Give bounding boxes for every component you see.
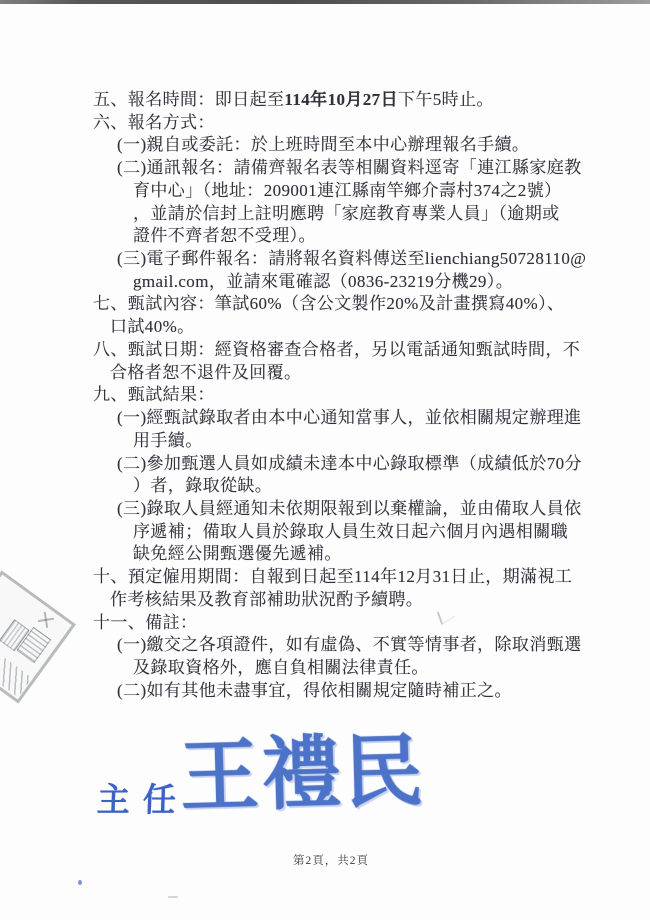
signer-title: 主任 bbox=[96, 774, 190, 821]
bold-date-text: 114年10月27日 bbox=[284, 90, 398, 109]
ink-speck bbox=[78, 880, 82, 885]
notice-line: 及錄取資格外，應自負相關法律責任。 bbox=[0, 657, 650, 680]
notice-line: 八、甄試日期：經資格審查合格者，另以電話通知甄試時間，不 bbox=[0, 339, 650, 362]
page-number: 第2頁，共2頁 bbox=[0, 852, 650, 868]
notice-line: 七、甄試內容：筆試60%（含公文製作20%及計畫撰寫40%）、 bbox=[0, 293, 650, 316]
notice-line: 合格者恕不退件及回覆。 bbox=[0, 362, 650, 385]
notice-line: 六、報名方式： bbox=[0, 112, 650, 135]
notice-line: 口試40%。 bbox=[0, 316, 650, 339]
notice-text: 下午5時止。 bbox=[398, 90, 494, 109]
notice-line: gmail.com，並請來電確認（0836-23219分機29）。 bbox=[0, 271, 650, 294]
scan-edge-artifact bbox=[0, 0, 650, 4]
notice-line: 作考核結果及教育部補助狀況酌予續聘。 bbox=[0, 589, 650, 612]
notice-line: 用手續。 bbox=[0, 430, 650, 453]
notice-line: (二)通訊報名：請備齊報名表等相關資料逕寄「連江縣家庭教 bbox=[0, 157, 650, 180]
notice-line: (一)親自或委託：於上班時間至本中心辦理報名手續。 bbox=[0, 134, 650, 157]
notice-body: 五、報名時間：即日起至114年10月27日下午5時止。六、報名方式：(一)親自或… bbox=[0, 89, 650, 702]
notice-line: 五、報名時間：即日起至114年10月27日下午5時止。 bbox=[0, 89, 650, 112]
scanned-document-page: 五、報名時間：即日起至114年10月27日下午5時止。六、報名方式：(一)親自或… bbox=[0, 0, 650, 920]
notice-line: (三)錄取人員經通知未依期限報到以棄權論，並由備取人員依 bbox=[0, 498, 650, 521]
notice-text: 五、報名時間：即日起至 bbox=[93, 90, 284, 109]
notice-line: 九、甄試結果： bbox=[0, 384, 650, 407]
notice-line: 證件不齊者恕不受理）。 bbox=[0, 225, 650, 248]
notice-line: (二)參加甄選人員如成績未達本中心錄取標準（成績低於70分 bbox=[0, 453, 650, 476]
notice-line: (一)繳交之各項證件，如有虛偽、不實等情事者，除取消甄選 bbox=[0, 634, 650, 657]
notice-line: (一)經甄試錄取者由本中心通知當事人，並依相關規定辦理進 bbox=[0, 407, 650, 430]
notice-line: ，並請於信封上註明應聘「家庭教育專業人員」（逾期或 bbox=[0, 203, 650, 226]
notice-line: 序遞補；備取人員於錄取人員生效日起六個月內遇相關職 bbox=[0, 521, 650, 544]
notice-line: (三)電子郵件報名：請將報名資料傳送至lienchiang50728110@ bbox=[0, 248, 650, 271]
notice-line: 十一、備註： bbox=[0, 612, 650, 635]
notice-line: 缺免經公開甄選優先遞補。 bbox=[0, 543, 650, 566]
notice-line: 十、預定僱用期間：自報到日起至114年12月31日止，期滿視工 bbox=[0, 566, 650, 589]
signer-name-stamp: 王禮民 bbox=[179, 733, 427, 818]
notice-line: (二)如有其他未盡事宜，得依相關規定隨時補正之。 bbox=[0, 680, 650, 703]
scan-smudge bbox=[168, 896, 178, 898]
notice-line: 育中心」（地址：209001連江縣南竿鄉介壽村374之2號） bbox=[0, 180, 650, 203]
notice-line: ）者，錄取從缺。 bbox=[0, 475, 650, 498]
